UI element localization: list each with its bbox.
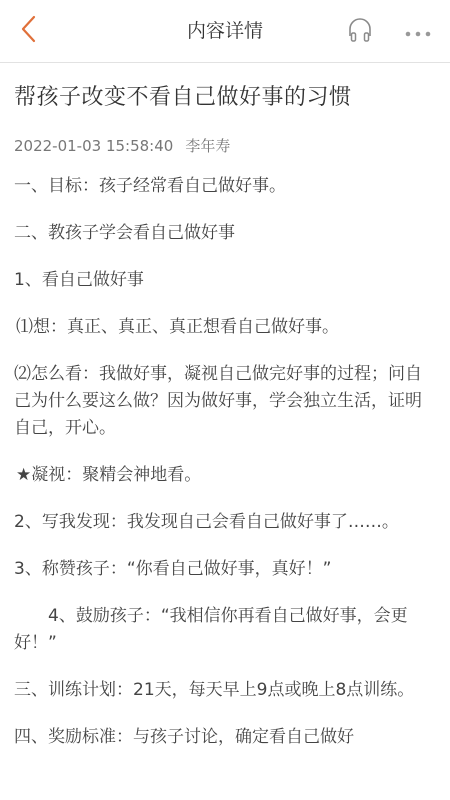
article: 帮孩子改变不看自己做好事的习惯 2022-01-03 15:58:40李年寿 一… [0,81,450,751]
paragraph: 四、奖励标准：与孩子讨论，确定看自己做好 [14,724,436,751]
back-button[interactable] [14,16,42,46]
paragraph: 二、教孩子学会看自己做好事 [14,220,436,247]
chevron-left-icon [20,15,36,47]
paragraph: 4、鼓励孩子：“我相信你再看自己做好事，会更好！” [14,603,436,657]
paragraph: ★凝视：聚精会神地看。 [14,462,436,489]
paragraph: 一、目标：孩子经常看自己做好事。 [14,173,436,200]
more-button[interactable] [400,16,436,48]
paragraph: ⑴想：真正、真正、真正想看自己做好事。 [14,314,436,341]
audio-button[interactable] [344,16,376,48]
paragraph: 1、看自己做好事 [14,267,436,294]
paragraph: ⑵怎么看：我做好事，凝视自己做完好事的过程；问自己为什么要这么做？因为做好事，学… [14,361,436,442]
headphones-icon [347,16,373,48]
top-nav-bar: 内容详情 [0,0,450,63]
page-title: 内容详情 [0,0,450,62]
paragraph: 2、写我发现：我发现自己会看自己做好事了……。 [14,509,436,536]
more-horizontal-icon [404,23,432,42]
article-meta: 2022-01-03 15:58:40李年寿 [14,135,436,157]
paragraph: 三、训练计划：21天，每天早上9点或晚上8点训练。 [14,677,436,704]
article-title: 帮孩子改变不看自己做好事的习惯 [14,81,436,115]
publish-date: 2022-01-03 15:58:40 [14,137,173,155]
paragraph: 3、称赞孩子：“你看自己做好事，真好！” [14,556,436,583]
article-body: 一、目标：孩子经常看自己做好事。 二、教孩子学会看自己做好事 1、看自己做好事 … [14,173,436,751]
author-name: 李年寿 [185,137,230,155]
